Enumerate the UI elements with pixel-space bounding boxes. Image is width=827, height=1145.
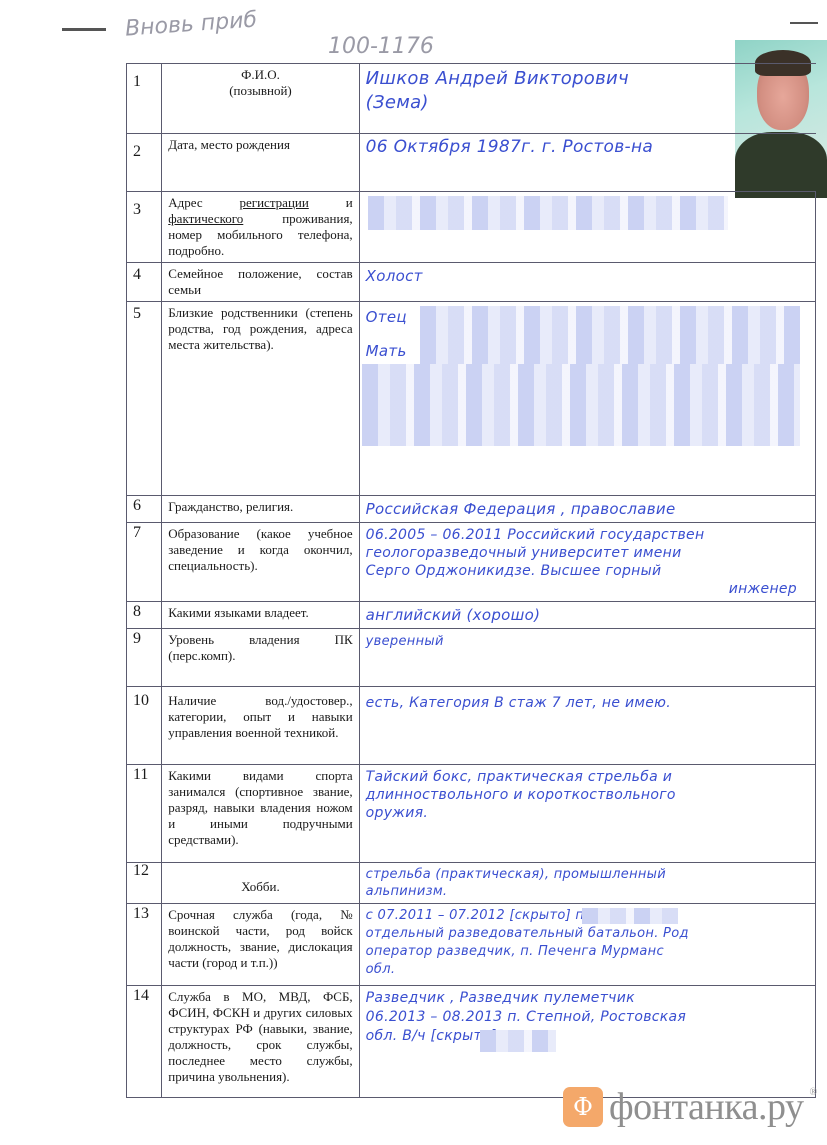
full-name: Ишков Андрей Викторович (366, 67, 810, 91)
row-value-redacted: Отец Мать (359, 302, 815, 496)
callsign: (Зема) (366, 91, 810, 115)
service-line: обл. (366, 961, 809, 979)
row-value: с 07.2011 – 07.2012 [скрыто] п. Печенга … (359, 904, 815, 986)
table-row: 6 Гражданство, религия. Российская Федер… (127, 496, 816, 523)
questionnaire-table: 1 Ф.И.О. (позывной) Ишков Андрей Викторо… (126, 63, 816, 1098)
table-row: 12 Хобби. стрельба (практическая), промы… (127, 863, 816, 904)
marital-status: Холост (366, 266, 809, 286)
row-number: 10 (127, 687, 162, 765)
table-row: 14 Служба в МО, МВД, ФСБ, ФСИН, ФСКН и д… (127, 986, 816, 1098)
row-value: английский (хорошо) (359, 602, 815, 629)
row-value: Ишков Андрей Викторович (Зема) (359, 64, 815, 134)
row-label: Хобби. (162, 863, 359, 904)
row-label: Служба в МО, МВД, ФСБ, ФСИН, ФСКН и друг… (162, 986, 359, 1098)
reference-number: 100-1176 (328, 34, 434, 59)
fontanka-watermark: Ф фонтанка.ру ® (563, 1085, 817, 1129)
sports-line: длинноствольного и короткоствольного (366, 786, 809, 804)
row-value: 06.2005 – 06.2011 Российский государстве… (359, 523, 815, 602)
row-label: Дата, место рождения (162, 134, 359, 192)
label-part: Адрес (168, 195, 239, 210)
table-row: 7 Образование (какое учебное заведение и… (127, 523, 816, 602)
agency-service-line: Разведчик , Разведчик пулеметчик (366, 989, 809, 1008)
row-value: уверенный (359, 629, 815, 687)
row-number: 12 (127, 863, 162, 904)
agency-service-line: 06.2013 – 08.2013 п. Степной, Ростовская (366, 1008, 809, 1027)
row-label: Какими видами спорта занимался (спортивн… (162, 765, 359, 863)
registered-mark: ® (809, 1087, 817, 1098)
table-row: 4 Семейное положение, состав семьи Холос… (127, 263, 816, 302)
agency-service-line: обл. В/ч [скрыто] (366, 1027, 809, 1046)
row-value: есть, Категория В стаж 7 лет, не имею. (359, 687, 815, 765)
row-label: Гражданство, религия. (162, 496, 359, 523)
redaction-blur (368, 196, 728, 230)
row-value: Тайский бокс, практическая стрельба и дл… (359, 765, 815, 863)
fontanka-logo-icon: Ф (563, 1087, 603, 1127)
languages: английский (хорошо) (366, 605, 809, 625)
table-row: 9 Уровень владения ПК (перс.комп). увере… (127, 629, 816, 687)
hobby-line: альпинизм. (366, 883, 809, 900)
row-number: 1 (127, 64, 162, 134)
label-part-underlined: регистрации (240, 195, 309, 210)
citizenship-religion: Российская Федерация , православие (366, 499, 809, 519)
table-row: 5 Близкие родственники (степень родства,… (127, 302, 816, 496)
row-label: Образование (какое учебное заведение и к… (162, 523, 359, 602)
education-line: геологоразведочный университет имени (366, 544, 809, 562)
row-label: Семейное положение, состав семьи (162, 263, 359, 302)
table-row: 1 Ф.И.О. (позывной) Ишков Андрей Викторо… (127, 64, 816, 134)
service-line: оператор разведчик, п. Печенга Мурманс (366, 943, 809, 961)
row-number: 14 (127, 986, 162, 1098)
row-number: 6 (127, 496, 162, 523)
pen-mark (62, 28, 106, 31)
row-number: 4 (127, 263, 162, 302)
row-number: 13 (127, 904, 162, 986)
row-value: Российская Федерация , православие (359, 496, 815, 523)
table-row: 2 Дата, место рождения 06 Октября 1987г.… (127, 134, 816, 192)
row-number: 5 (127, 302, 162, 496)
table-row: 8 Какими языками владеет. английский (хо… (127, 602, 816, 629)
education-line: инженер (366, 580, 809, 598)
table-row: 13 Срочная служба (года, № воинской част… (127, 904, 816, 986)
birth-info: 06 Октября 1987г. г. Ростов-на (366, 137, 810, 157)
driving-license: есть, Категория В стаж 7 лет, не имею. (366, 693, 809, 713)
row-label: Адрес регистрации и фактического прожива… (162, 192, 359, 263)
hobby-line: стрельба (практическая), промышленный (366, 866, 809, 883)
row-label: Срочная служба (года, № воинской части, … (162, 904, 359, 986)
watermark-text: фонтанка.ру (609, 1085, 803, 1129)
row-value: Разведчик , Разведчик пулеметчик 06.2013… (359, 986, 815, 1098)
label-part: и (309, 195, 353, 210)
row-number: 11 (127, 765, 162, 863)
table-row: 3 Адрес регистрации и фактического прожи… (127, 192, 816, 263)
redaction-blur (420, 306, 800, 364)
education-line: Серго Орджоникидзе. Высшее горный (366, 562, 809, 580)
row-value: Холост (359, 263, 815, 302)
row-value-redacted (359, 192, 815, 263)
pen-mark-right (790, 22, 818, 24)
handwritten-note: Вновь приб (124, 7, 258, 41)
row-number: 3 (127, 192, 162, 263)
service-line: отдельный разведовательный батальон. Род (366, 925, 809, 943)
redaction-blur (582, 908, 678, 924)
table-row: 10 Наличие вод./удостовер., категории, о… (127, 687, 816, 765)
row-label: Какими языками владеет. (162, 602, 359, 629)
pc-skills: уверенный (366, 632, 809, 652)
education-line: 06.2005 – 06.2011 Российский государстве… (366, 526, 809, 544)
row-value: стрельба (практическая), промышленный ал… (359, 863, 815, 904)
row-number: 2 (127, 134, 162, 192)
row-number: 8 (127, 602, 162, 629)
sports-line: Тайский бокс, практическая стрельба и (366, 768, 809, 786)
row-number: 9 (127, 629, 162, 687)
row-label: Ф.И.О. (позывной) (162, 64, 359, 134)
row-label: Уровень владения ПК (перс.комп). (162, 629, 359, 687)
row-label: Наличие вод./удостовер., категории, опыт… (162, 687, 359, 765)
row-number: 7 (127, 523, 162, 602)
table-row: 11 Какими видами спорта занимался (спорт… (127, 765, 816, 863)
label-part-underlined: фактического (168, 211, 243, 226)
redaction-blur (480, 1030, 556, 1052)
sports-line: оружия. (366, 804, 809, 822)
row-label: Близкие родственники (степень родства, г… (162, 302, 359, 496)
row-value: 06 Октября 1987г. г. Ростов-на (359, 134, 815, 192)
redaction-blur (362, 364, 800, 446)
